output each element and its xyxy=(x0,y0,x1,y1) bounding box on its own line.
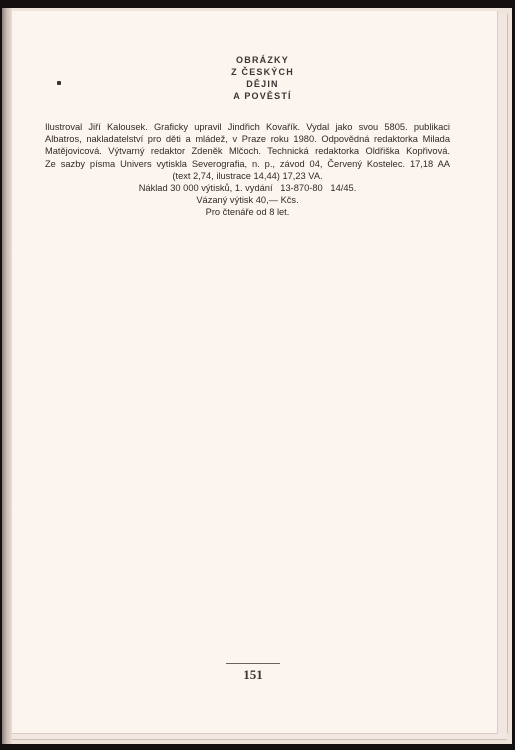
colophon-line: Ilustroval Jiří Kalousek. Graficky uprav… xyxy=(45,121,450,133)
page-number-rule xyxy=(226,663,280,664)
page-edge-right xyxy=(497,14,508,733)
colophon-line: Vázaný výtisk 40,— Kčs. xyxy=(45,194,450,206)
colophon-line: Matějovicová. Výtvarný redaktor Zdeněk M… xyxy=(45,145,450,157)
colophon-line: Pro čtenáře od 8 let. xyxy=(45,206,450,218)
colophon-line: Náklad 30 000 výtisků, 1. vydání 13-870-… xyxy=(45,182,450,194)
colophon-line: Ze sazby písma Univers vytiskla Severogr… xyxy=(45,158,450,170)
colophon-text: Ilustroval Jiří Kalousek. Graficky uprav… xyxy=(45,121,450,219)
title-line: OBRÁZKY xyxy=(10,54,515,66)
colophon-line: Albatros, nakladatelství pro děti a mlád… xyxy=(45,133,450,145)
title-line: Z ČESKÝCH xyxy=(10,66,515,78)
book-title: OBRÁZKY Z ČESKÝCH DĚJIN A POVĚSTÍ xyxy=(0,54,515,102)
ink-dot-mark xyxy=(57,81,61,85)
title-line: DĚJIN xyxy=(10,78,515,90)
spine-shadow xyxy=(2,8,12,744)
page-edge-bottom xyxy=(12,733,507,740)
page-number: 151 xyxy=(226,667,280,683)
page xyxy=(12,11,498,734)
title-line: A POVĚSTÍ xyxy=(10,90,515,102)
colophon-line: (text 2,74, ilustrace 14,44) 17,23 VA. xyxy=(45,170,450,182)
